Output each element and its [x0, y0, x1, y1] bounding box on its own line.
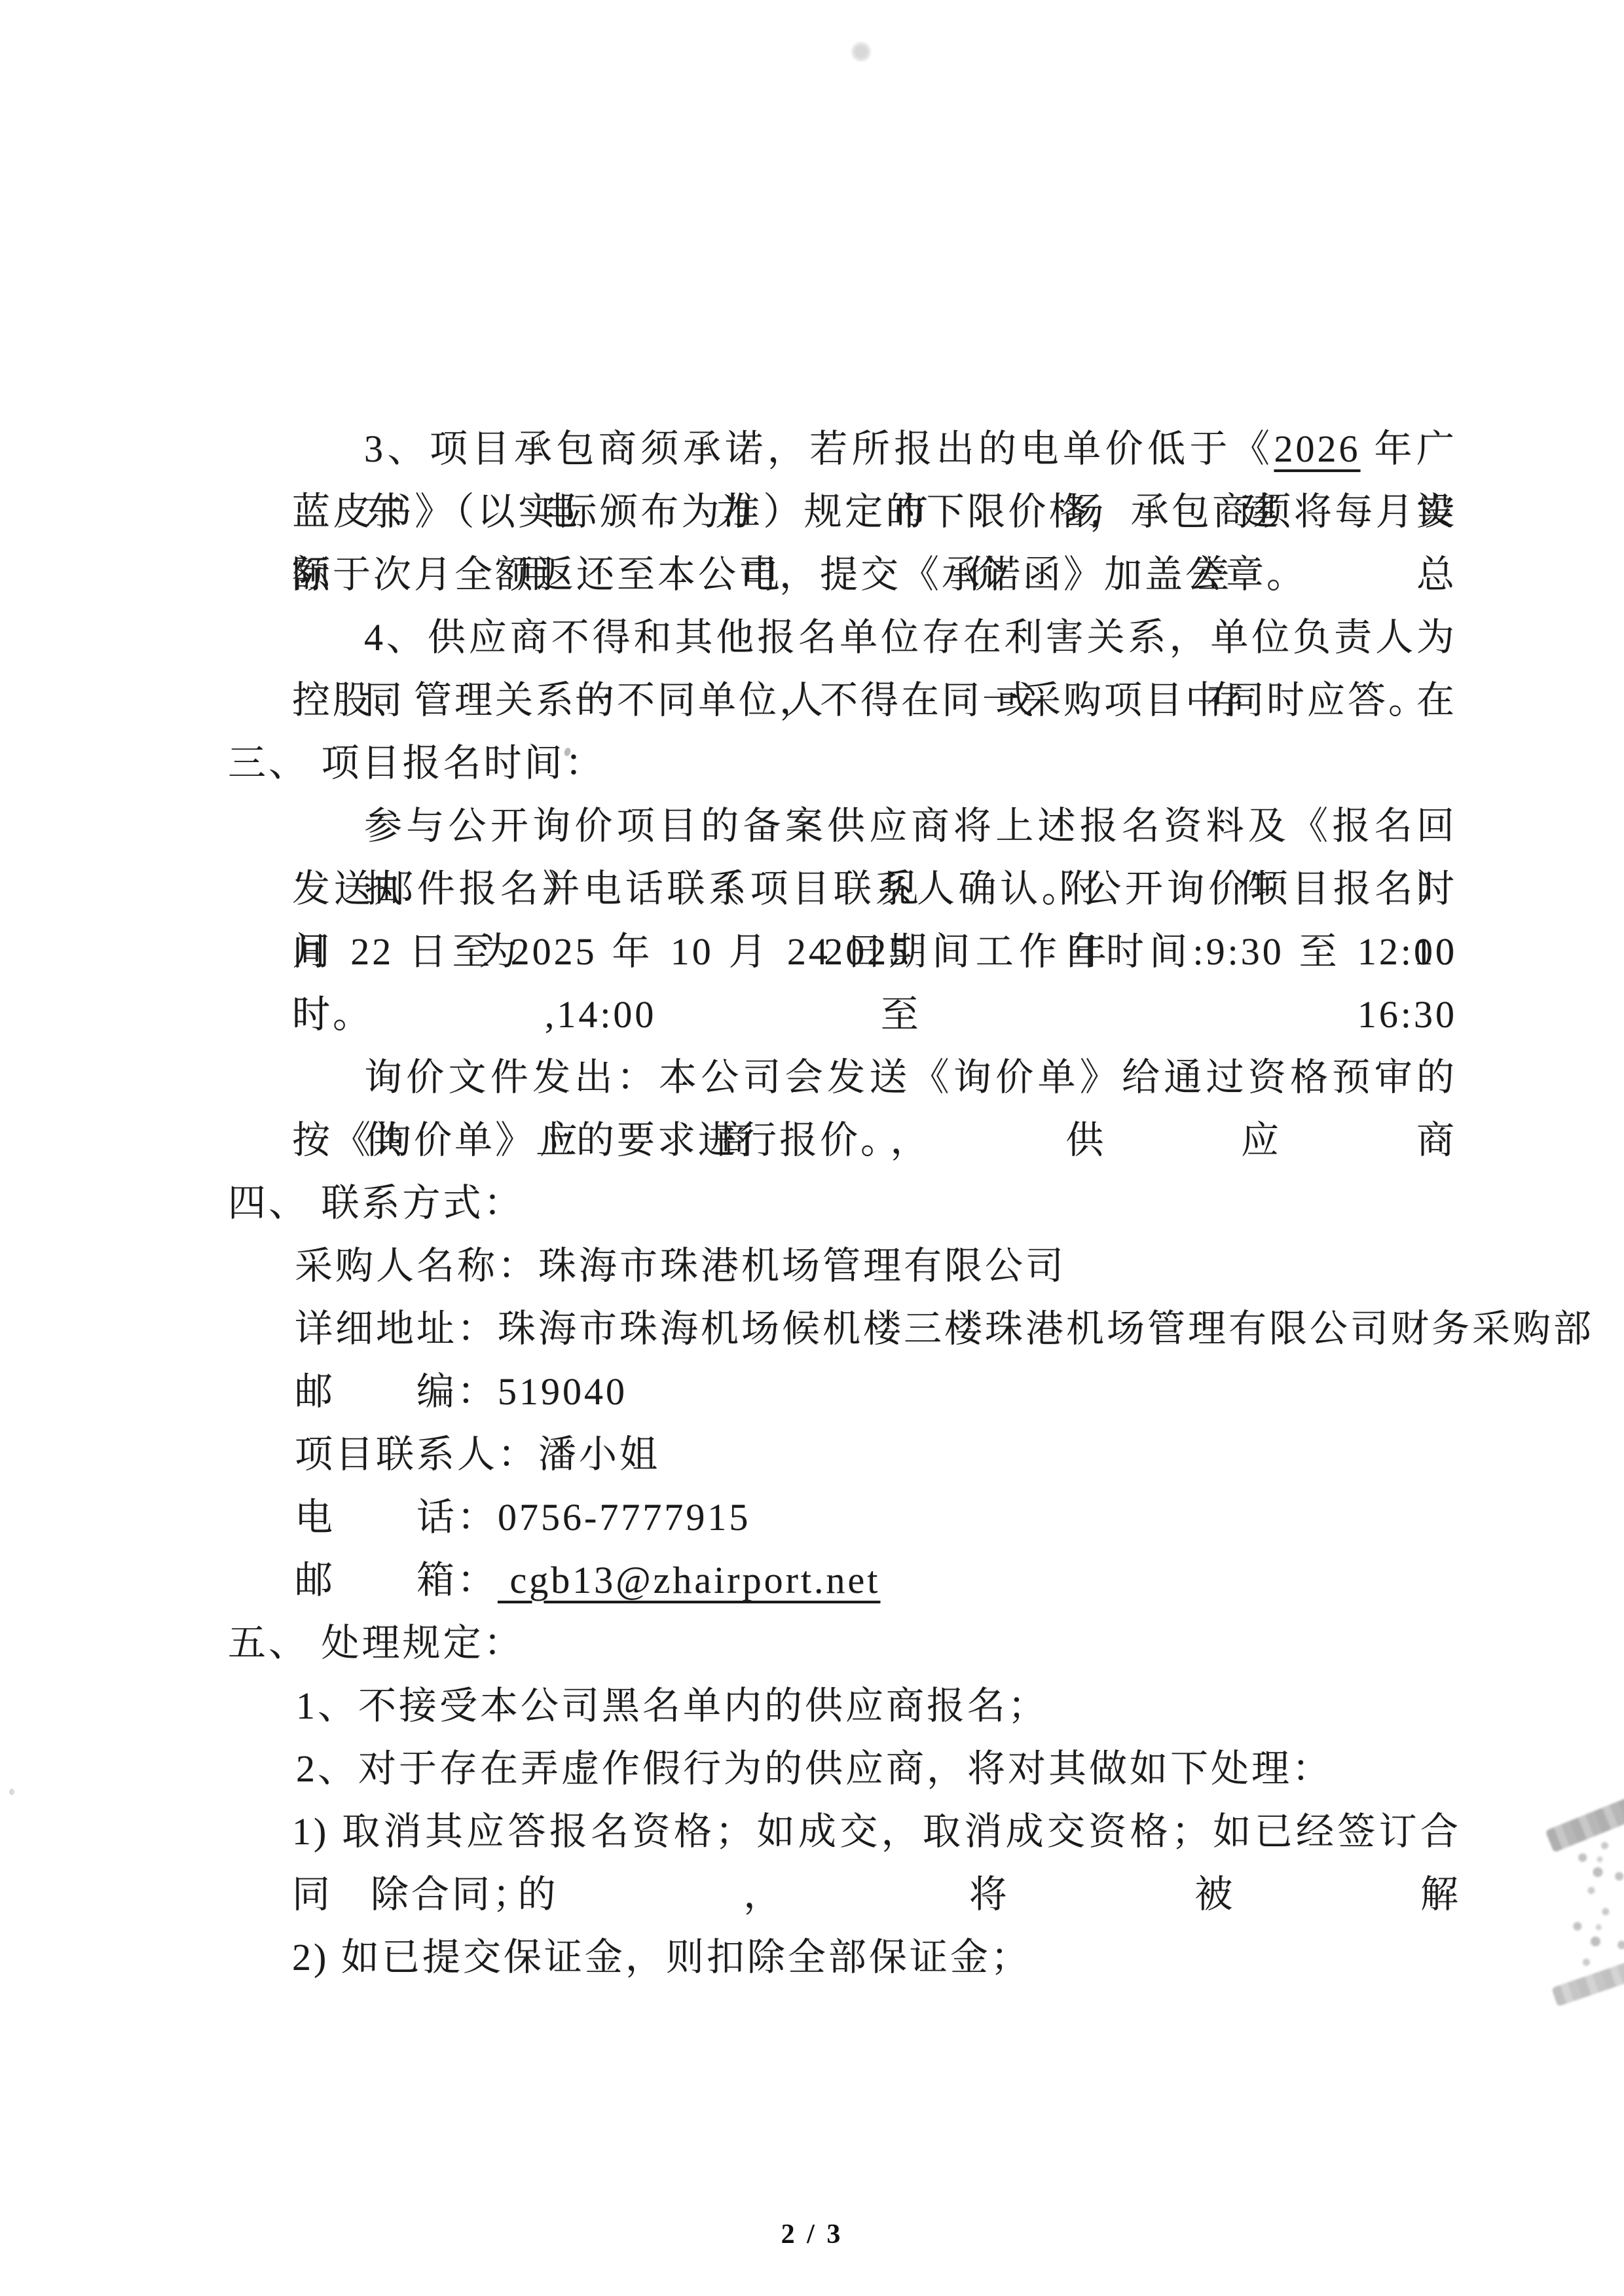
text-line: 采购人名称：珠海市珠港机场管理有限公司	[295, 1235, 1624, 1298]
text-segment: 邮 箱：	[295, 1559, 498, 1601]
text-line: 1) 取消其应答报名资格；如成交，取消成交资格；如已经签订合同的，将被解	[292, 1800, 1461, 1863]
text-segment: 月 22 日至 2025 年 10 月 24 日期间工作日时间:9:30 至 1…	[292, 930, 1457, 1036]
text-line: 参与公开询价项目的备案供应商将上述报名资料及《报名回执》（见附件）	[364, 795, 1457, 858]
document-body: 3、项目承包商须承诺，若所报出的电单价低于《2026 年广东电力市场建设蓝皮书》…	[0, 418, 1624, 1989]
text-line: 蓝皮书》（以实际颁布为准）规定的下限价格，承包商须将每月实际用电价差总	[292, 481, 1457, 543]
text-line: 发送邮件报名并电话联系项目联系人确认。公开询价项目报名时间为 2025 年 10	[292, 858, 1457, 920]
text-segment: 时。	[292, 993, 373, 1036]
text-line: 详细地址：珠海市珠海机场候机楼三楼珠港机场管理有限公司财务采购部	[295, 1298, 1624, 1360]
text-segment: 额于次月全额返还至本公司，提交《承诺函》加盖公章。	[292, 553, 1307, 596]
text-segment: 3、项目承包商须承诺，若所报出的电单价低于《	[364, 428, 1274, 470]
text-segment: 2、对于存在弄虚作假行为的供应商，将对其做如下处理：	[296, 1747, 1333, 1790]
text-segment: 四、 联系方式：	[228, 1182, 525, 1224]
text-segment: 按《询价单》上的要求进行报价。	[292, 1119, 901, 1161]
text-line: 控股、管理关系的不同单位，不得在同一采购项目中同时应答。	[292, 669, 1624, 732]
text-line: 五、 处理规定：	[228, 1612, 1624, 1675]
text-line: 项目联系人：潘小姐	[295, 1423, 1624, 1486]
text-line: 四、 联系方式：	[228, 1172, 1624, 1235]
text-line: 2、对于存在弄虚作假行为的供应商，将对其做如下处理：	[296, 1738, 1624, 1800]
text-line: 三、 项目报名时间：	[228, 732, 1624, 795]
text-line: 电 话：0756-7777915	[295, 1486, 1624, 1549]
underlined-text: 2026	[1274, 428, 1361, 470]
text-segment: 邮 编：519040	[295, 1370, 627, 1413]
stamp-fragment	[1532, 1768, 1624, 2056]
text-segment: 五、 处理规定：	[228, 1622, 525, 1664]
text-line: 询价文件发出：本公司会发送《询价单》给通过资格预审的供应商，供应商	[364, 1046, 1457, 1109]
text-segment: 控股、管理关系的不同单位，不得在同一采购项目中同时应答。	[292, 679, 1429, 721]
text-line: 3、项目承包商须承诺，若所报出的电单价低于《2026 年广东电力市场建设	[364, 418, 1457, 481]
page-number: 2 / 3	[0, 2212, 1624, 2257]
text-segment: 项目联系人：潘小姐	[295, 1433, 660, 1476]
underlined-text: cgb13@zhairport.net	[498, 1559, 880, 1601]
text-segment: 2) 如已提交保证金，则扣除全部保证金；	[292, 1936, 1031, 1978]
text-segment: 三、 项目报名时间：	[228, 742, 606, 784]
text-segment: 详细地址：珠海市珠海机场候机楼三楼珠港机场管理有限公司财务采购部	[295, 1307, 1594, 1350]
text-line: 4、供应商不得和其他报名单位存在利害关系，单位负责人为同一人或存在	[364, 606, 1457, 669]
text-line: 2) 如已提交保证金，则扣除全部保证金；	[292, 1926, 1624, 1989]
text-segment: 除合同；	[371, 1873, 533, 1916]
document-page: 3、项目承包商须承诺，若所报出的电单价低于《2026 年广东电力市场建设蓝皮书》…	[0, 0, 1624, 2296]
scan-smudge	[851, 41, 871, 63]
text-line: 邮 编：519040	[295, 1360, 1624, 1423]
text-segment: 电 话：0756-7777915	[295, 1496, 750, 1539]
text-line: 1、不接受本公司黑名单内的供应商报名；	[296, 1675, 1624, 1738]
text-segment: 1、不接受本公司黑名单内的供应商报名；	[296, 1685, 1048, 1727]
scan-dot-artifact	[9, 1789, 14, 1795]
text-line: 邮 箱： cgb13@zhairport.net	[295, 1549, 1624, 1612]
text-segment: 采购人名称：珠海市珠港机场管理有限公司	[295, 1245, 1066, 1287]
text-line: 月 22 日至 2025 年 10 月 24 日期间工作日时间:9:30 至 1…	[292, 920, 1457, 983]
